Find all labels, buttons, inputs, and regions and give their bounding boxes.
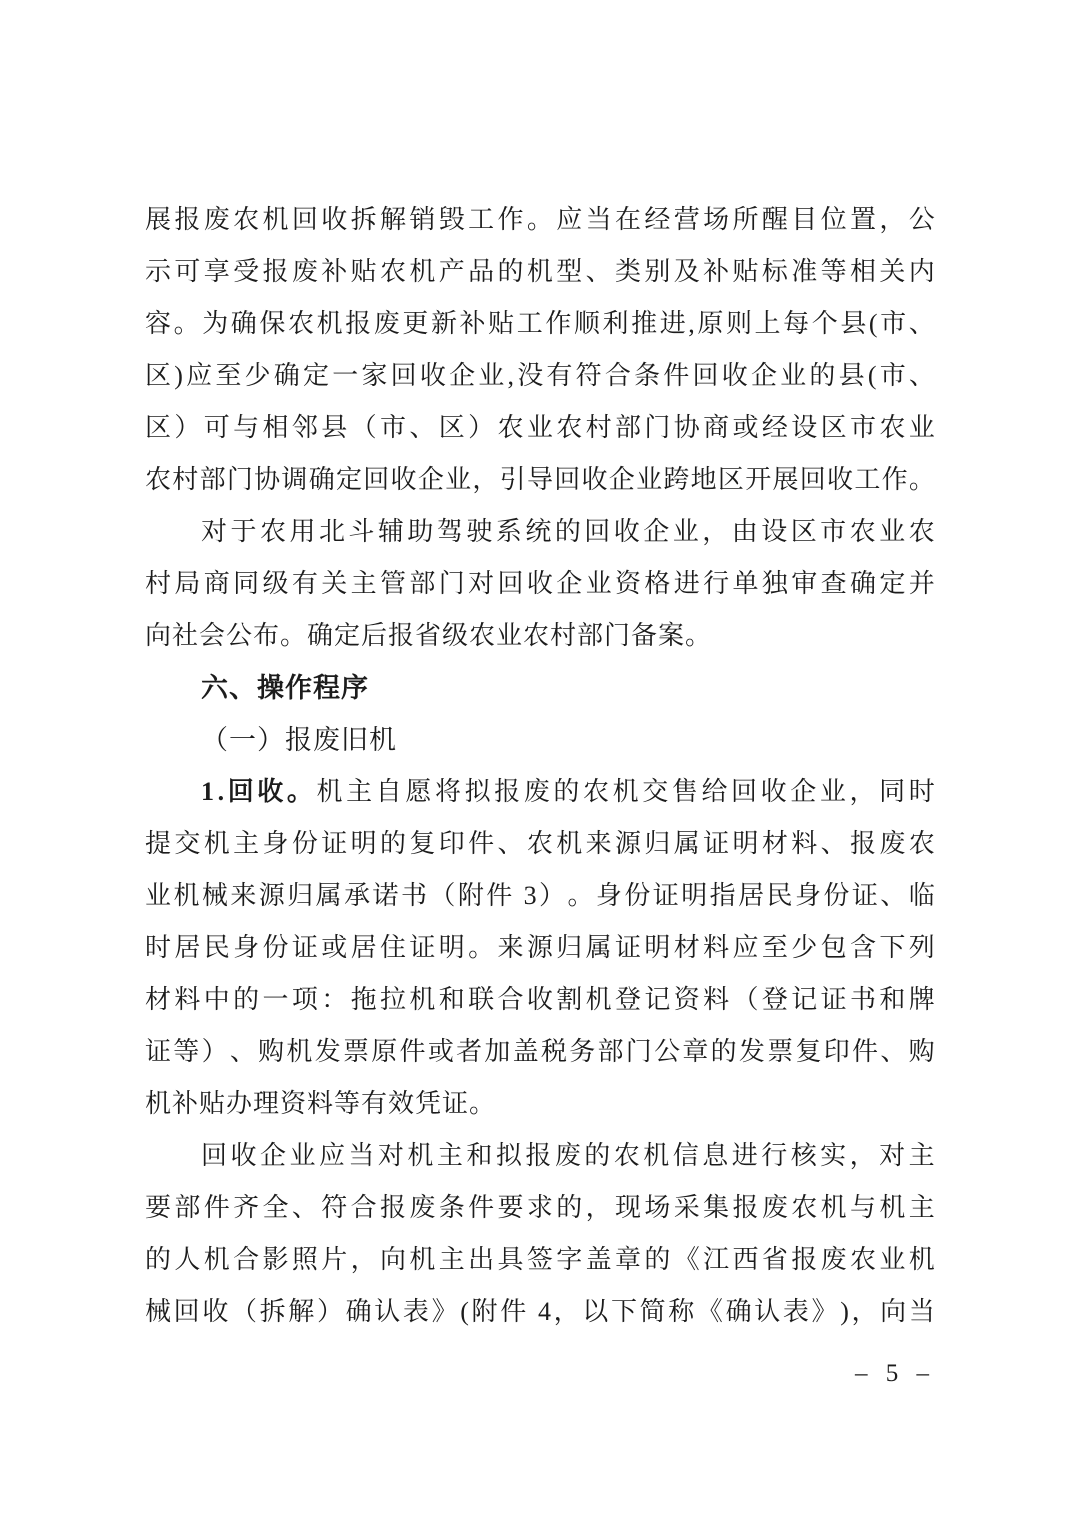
text-line: 机补贴办理资料等有效凭证。: [145, 1078, 935, 1130]
document-body-text: 展报废农机回收拆解销毁工作。应当在经营场所醒目位置，公示可享受报废补贴农机产品的…: [145, 194, 935, 1338]
text-line: 要部件齐全、符合报废条件要求的，现场采集报废农机与机主: [145, 1182, 935, 1234]
text-line: 的人机合影照片，向机主出具签字盖章的《江西省报废农业机: [145, 1234, 935, 1286]
text-line: 业机械来源归属承诺书（附件 3）。身份证明指居民身份证、临: [145, 870, 935, 922]
text-line: 展报废农机回收拆解销毁工作。应当在经营场所醒目位置，公: [145, 194, 935, 246]
subsection-heading: （一）报废旧机: [145, 714, 935, 766]
text-line: 示可享受报废补贴农机产品的机型、类别及补贴标准等相关内: [145, 246, 935, 298]
text-line: 材料中的一项：拖拉机和联合收割机登记资料（登记证书和牌: [145, 974, 935, 1026]
text-line: 区)应至少确定一家回收企业,没有符合条件回收企业的县(市、: [145, 350, 935, 402]
text-line: 向社会公布。确定后报省级农业农村部门备案。: [145, 610, 935, 662]
document-page: 展报废农机回收拆解销毁工作。应当在经营场所醒目位置，公示可享受报废补贴农机产品的…: [0, 0, 1074, 1520]
text-line: 农村部门协调确定回收企业，引导回收企业跨地区开展回收工作。: [145, 454, 935, 506]
section-heading: 六、操作程序: [145, 662, 935, 714]
text-line: 提交机主身份证明的复印件、农机来源归属证明材料、报废农: [145, 818, 935, 870]
page-number: – 5 –: [855, 1356, 935, 1392]
text-line: 对于农用北斗辅助驾驶系统的回收企业，由设区市农业农: [145, 506, 935, 558]
text-line: 时居民身份证或居住证明。来源归属证明材料应至少包含下列: [145, 922, 935, 974]
text-line: 械回收（拆解）确认表》(附件 4，以下简称《确认表》)，向当: [145, 1286, 935, 1338]
text-line: 回收企业应当对机主和拟报废的农机信息进行核实，对主: [145, 1130, 935, 1182]
text-line: 容。为确保农机报废更新补贴工作顺利推进,原则上每个县(市、: [145, 298, 935, 350]
text-line: 村局商同级有关主管部门对回收企业资格进行单独审查确定并: [145, 558, 935, 610]
text-line: 区）可与相邻县（市、区）农业农村部门协商或经设区市农业: [145, 402, 935, 454]
text-line: 证等）、购机发票原件或者加盖税务部门公章的发票复印件、购: [145, 1026, 935, 1078]
text-line: 1.回收。机主自愿将拟报废的农机交售给回收企业，同时: [145, 766, 935, 818]
